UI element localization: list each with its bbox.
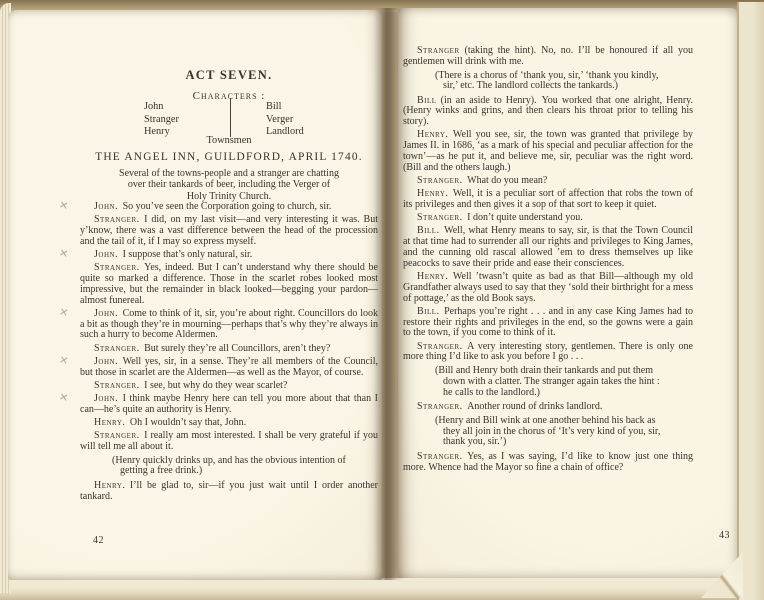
- speaker-name: John: [94, 356, 115, 367]
- pencil-x-mark: ✕: [58, 248, 69, 260]
- right-page: Stranger (taking the hint). No, no. I’ll…: [398, 8, 737, 578]
- speaker-name: Stranger: [417, 341, 460, 352]
- act-title: ACT SEVEN.: [80, 68, 378, 83]
- scene-heading: THE ANGEL INN, GUILDFORD, APRIL 1740.: [64, 151, 394, 163]
- speaker-name: Stranger: [417, 175, 460, 186]
- dialogue-speech: Henry. Well you see, sir, the town was g…: [403, 130, 693, 173]
- stage-direction: (Henry quickly drinks up, and has the ob…: [80, 456, 378, 478]
- dialogue-speech: ✕John. Come to think of it, sir, you’re …: [80, 309, 378, 341]
- character-name: Bill: [266, 101, 304, 114]
- dialogue-speech: Stranger. Another round of drinks landlo…: [403, 402, 693, 413]
- character-name: Stranger: [144, 114, 179, 127]
- pencil-x-mark: ✕: [58, 200, 69, 212]
- page-number-right: 43: [403, 530, 730, 541]
- pencil-x-mark: ✕: [58, 355, 69, 367]
- speaker-name: Bill: [417, 225, 437, 236]
- scene-intro: Several of the towns-people and a strang…: [70, 168, 388, 202]
- dialogue-speech: Henry. I’ll be glad to, sir—if you just …: [80, 481, 378, 503]
- pencil-x-mark: ✕: [58, 392, 69, 404]
- right-page-dialogue: Stranger (taking the hint). No, no. I’ll…: [403, 46, 693, 476]
- speaker-name: John: [94, 393, 115, 404]
- speaker-name: Bill: [417, 95, 437, 106]
- left-page: ACT SEVEN. Characters : JohnStrangerHenr…: [8, 10, 382, 580]
- dialogue-speech: Stranger. I see, but why do they wear sc…: [80, 381, 378, 392]
- stage-direction: (Bill and Henry both drain their tankard…: [403, 366, 693, 398]
- speaker-name: Stranger: [94, 214, 137, 225]
- speaker-name: Stranger: [94, 343, 137, 354]
- speaker-name: Stranger: [417, 212, 460, 223]
- speaker-name: Stranger: [94, 380, 137, 391]
- dialogue-speech: ✕John. I suppose that’s only natural, si…: [80, 250, 378, 261]
- speaker-name: Bill: [417, 306, 437, 317]
- dialogue-speech: Stranger. What do you mean?: [403, 176, 693, 187]
- speaker-name: Henry: [417, 271, 445, 282]
- page-stack-bottom-edge: [0, 578, 764, 600]
- left-page-dialogue: ✕John. So you’ve seen the Corporation go…: [80, 202, 378, 505]
- speaker-name: Henry: [417, 129, 445, 140]
- speaker-name: Stranger: [94, 430, 137, 441]
- dialogue-speech: Stranger. I did, on my last visit—and ve…: [80, 215, 378, 247]
- dialogue-speech: ✕John. So you’ve seen the Corporation go…: [80, 202, 378, 213]
- character-name: Verger: [266, 114, 304, 127]
- dialogue-speech: Stranger. I really am most interested. I…: [80, 431, 378, 453]
- speaker-name: Stranger: [417, 401, 460, 412]
- dialogue-speech: Bill (in an aside to Henry). You worked …: [403, 96, 693, 128]
- scene-intro-line: over their tankards of beer, including t…: [70, 179, 388, 190]
- dialogue-speech: Bill. Well, what Henry means to say, sir…: [403, 226, 693, 269]
- dialogue-speech: ✕John. Well yes, sir, in a sense. They’r…: [80, 357, 378, 379]
- dialogue-speech: Stranger. A very interesting story, gent…: [403, 342, 693, 364]
- dialogue-speech: Stranger. Yes, indeed. But I can’t under…: [80, 263, 378, 306]
- page-number-left: 42: [93, 535, 104, 546]
- characters-column-right: BillVergerLandlord: [266, 101, 304, 139]
- speaker-name: Henry: [94, 417, 122, 428]
- dialogue-speech: Stranger. I don’t quite understand you.: [403, 213, 693, 224]
- dialogue-speech: Stranger. But surely they’re all Council…: [80, 344, 378, 355]
- speaker-name: Stranger: [417, 45, 460, 56]
- characters-column-left: JohnStrangerHenry: [144, 101, 179, 139]
- open-book-scan: ACT SEVEN. Characters : JohnStrangerHenr…: [0, 0, 764, 600]
- characters-divider-rule: [230, 98, 231, 137]
- speaker-name: Stranger: [94, 262, 137, 273]
- pencil-x-mark: ✕: [58, 307, 69, 319]
- speaker-name: John: [94, 201, 115, 212]
- dialogue-speech: Henry. Well, it is a peculiar sort of af…: [403, 189, 693, 211]
- speaker-name: Henry: [94, 480, 122, 491]
- dialogue-speech: Bill. Perhaps you’re right . . . and in …: [403, 307, 693, 339]
- dialogue-speech: ✕John. I think maybe Henry here can tell…: [80, 394, 378, 416]
- dialogue-speech: Henry. Oh I wouldn’t say that, John.: [80, 418, 378, 429]
- characters-townsmen: Townsmen: [80, 135, 378, 146]
- page-stack-right-edge: [737, 2, 764, 600]
- dialogue-speech: Stranger. Yes, as I was saying, I’d like…: [403, 452, 693, 474]
- dialogue-speech: Henry. Well ’twasn’t quite as bad as tha…: [403, 272, 693, 304]
- stage-direction: (There is a chorus of ‘thank you, sir,’ …: [403, 71, 693, 93]
- character-name: John: [144, 101, 179, 114]
- speaker-name: John: [94, 308, 115, 319]
- speaker-name: Stranger: [417, 451, 460, 462]
- speaker-name: Henry: [417, 188, 445, 199]
- scene-intro-line: Several of the towns-people and a strang…: [70, 168, 388, 179]
- speaker-name: John: [94, 249, 115, 260]
- stage-direction: (Henry and Bill wink at one another behi…: [403, 416, 693, 448]
- dialogue-speech: Stranger (taking the hint). No, no. I’ll…: [403, 46, 693, 68]
